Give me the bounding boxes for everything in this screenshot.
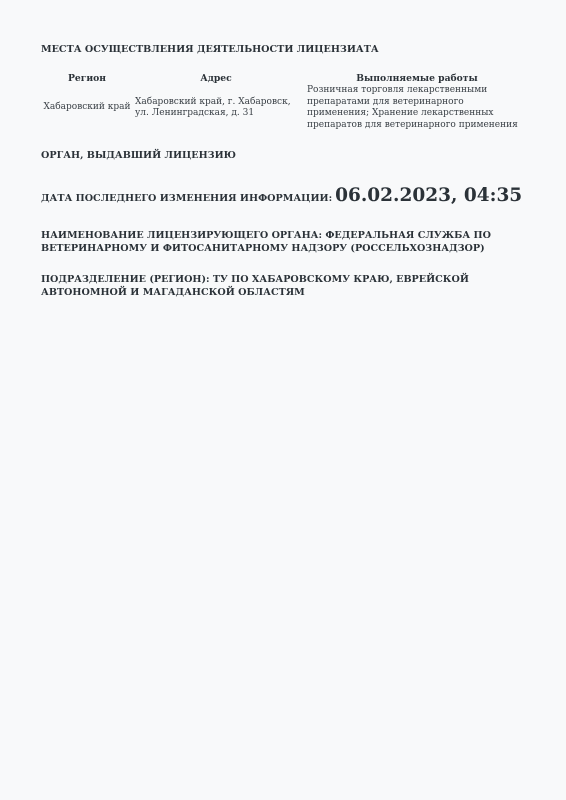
licensing-authority: НАИМЕНОВАНИЕ ЛИЦЕНЗИРУЮЩЕГО ОРГАНА: ФЕДЕ… — [41, 229, 531, 255]
column-header-works: Выполняемые работы — [299, 71, 529, 85]
cell-works: Розничная торговля лекарственными препар… — [299, 85, 529, 131]
last-change-value: 06.02.2023, 04:35 — [335, 185, 522, 206]
column-header-address: Адрес — [133, 71, 299, 85]
division-region: ПОДРАЗДЕЛЕНИЕ (РЕГИОН): ТУ ПО ХАБАРОВСКО… — [41, 273, 531, 299]
last-change-label: ДАТА ПОСЛЕДНЕГО ИЗМЕНЕНИЯ ИНФОРМАЦИИ: — [41, 192, 332, 205]
table-row: Хабаровский край Хабаровский край, г. Ха… — [41, 85, 529, 131]
places-section-title: МЕСТА ОСУЩЕСТВЛЕНИЯ ДЕЯТЕЛЬНОСТИ ЛИЦЕНЗИ… — [41, 43, 379, 56]
cell-address: Хабаровский край, г. Хабаровск, ул. Лени… — [133, 85, 299, 131]
table-header-row: Регион Адрес Выполняемые работы — [41, 71, 529, 85]
issuer-section-title: ОРГАН, ВЫДАВШИЙ ЛИЦЕНЗИЮ — [41, 149, 236, 162]
places-table: Регион Адрес Выполняемые работы Хабаровс… — [41, 71, 529, 131]
cell-region: Хабаровский край — [41, 85, 133, 131]
last-change-row: ДАТА ПОСЛЕДНЕГО ИЗМЕНЕНИЯ ИНФОРМАЦИИ: 06… — [41, 185, 522, 206]
column-header-region: Регион — [41, 71, 133, 85]
